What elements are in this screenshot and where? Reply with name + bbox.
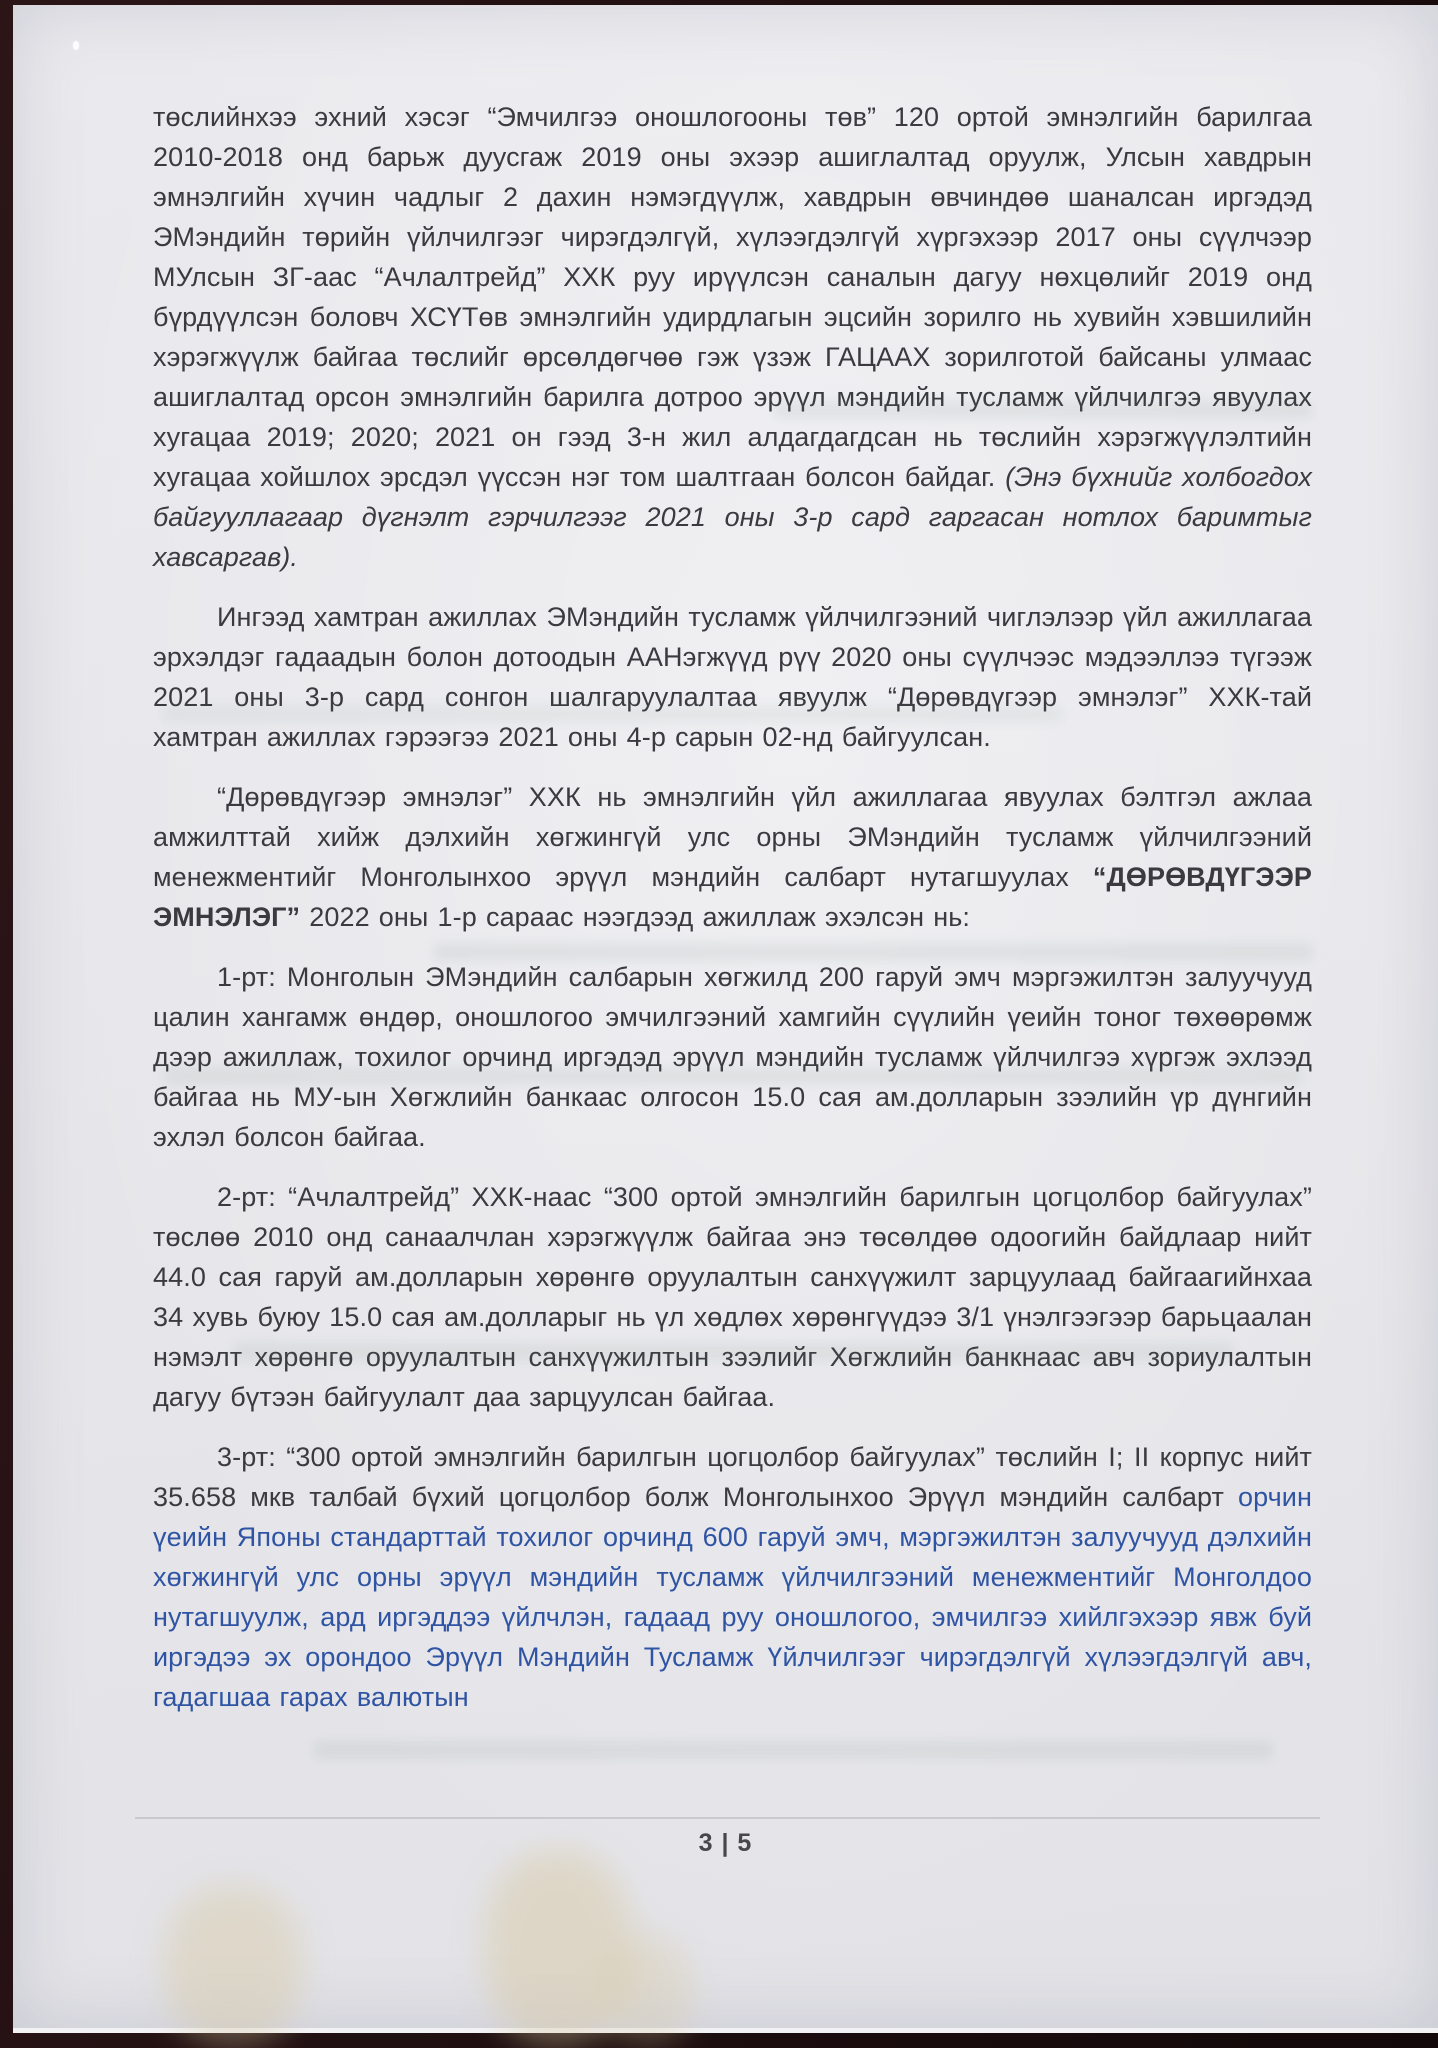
paragraph-5-point-2: 2-рт: “Ачлалтрейд” ХХК-наас “300 ортой э… xyxy=(153,1177,1312,1417)
photo-background: төслийнхээ эхний хэсэг “Эмчилгээ оношлог… xyxy=(0,0,1438,2048)
paragraph-4-point-1: 1-рт: Монголын ЭМэндийн салбарын хөгжилд… xyxy=(153,957,1312,1157)
page-number: 3 | 5 xyxy=(13,1829,1438,1858)
paragraph-6-point-3: 3-рт: “300 ортой эмнэлгийн барилгын цогц… xyxy=(153,1437,1312,1717)
text-run: төслийнхээ эхний хэсэг “Эмчилгээ оношлог… xyxy=(153,102,1312,492)
text-run: 2-рт: “Ачлалтрейд” ХХК-наас “300 ортой э… xyxy=(153,1182,1312,1412)
paper-stain xyxy=(163,1885,303,2045)
document-page: төслийнхээ эхний хэсэг “Эмчилгээ оношлог… xyxy=(13,5,1438,2033)
paper-stain xyxy=(483,1850,633,2045)
text-run-blue: орчин үеийн Японы стандарттай тохилог ор… xyxy=(153,1482,1312,1712)
text-run: Ингээд хамтран ажиллах ЭМэндийн тусламж … xyxy=(153,602,1312,752)
paragraph-3: “Дөрөвдүгээр эмнэлэг” ХХК нь эмнэлгийн ү… xyxy=(153,777,1312,937)
ink-bleed-artifact xyxy=(313,1741,1273,1759)
dust-speck xyxy=(73,41,79,50)
text-run: 2022 оны 1-р сараас нээгдээд ажиллаж эхэ… xyxy=(300,902,970,932)
text-run: 3-рт: “300 ортой эмнэлгийн барилгын цогц… xyxy=(153,1442,1312,1512)
document-body: төслийнхээ эхний хэсэг “Эмчилгээ оношлог… xyxy=(153,97,1312,1737)
paper-stain xyxy=(603,1935,693,2045)
paragraph-2: Ингээд хамтран ажиллах ЭМэндийн тусламж … xyxy=(153,597,1312,757)
text-run: 1-рт: Монголын ЭМэндийн салбарын хөгжилд… xyxy=(153,962,1312,1152)
footer-divider xyxy=(135,1817,1320,1819)
paragraph-1: төслийнхээ эхний хэсэг “Эмчилгээ оношлог… xyxy=(153,97,1312,577)
